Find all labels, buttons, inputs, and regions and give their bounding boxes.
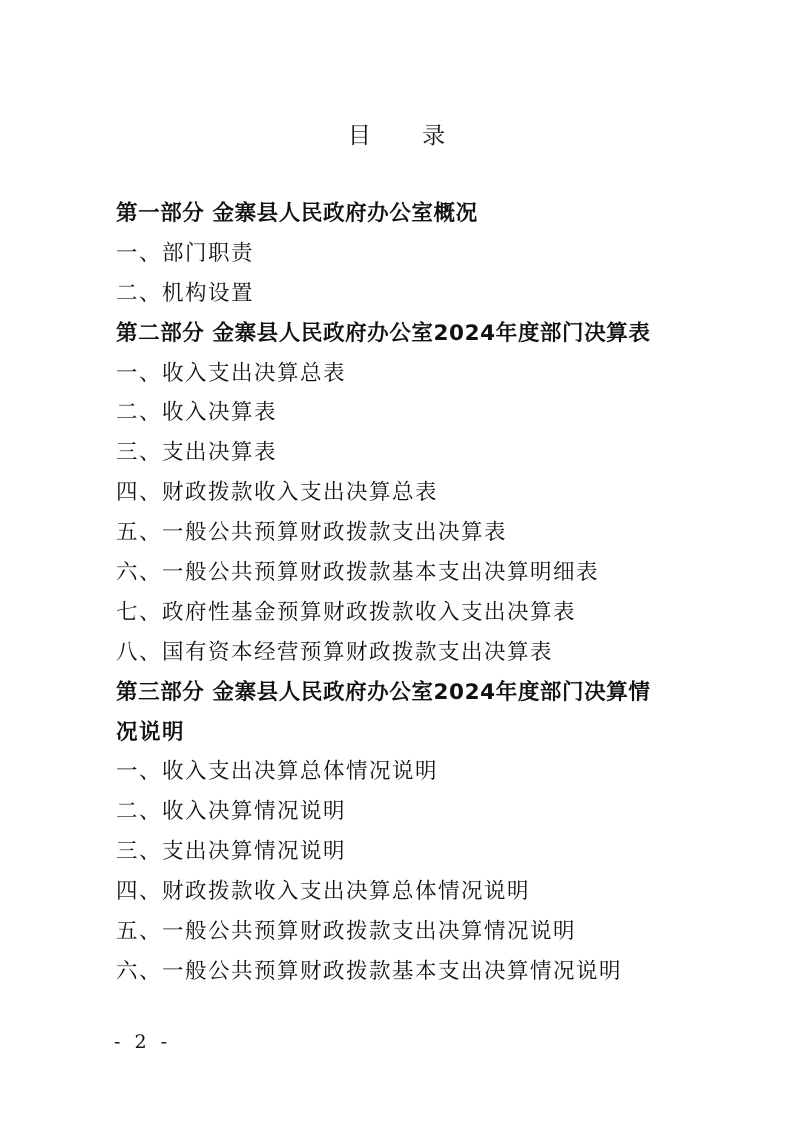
toc-item: 七、政府性基金预算财政拨款收入支出决算表 — [116, 593, 696, 633]
toc-item: 三、支出决算表 — [116, 433, 696, 473]
toc-item: 三、支出决算情况说明 — [116, 832, 696, 872]
page-number: - 2 - — [114, 1030, 171, 1054]
table-of-contents: 第一部分 金寨县人民政府办公室概况 一、部门职责 二、机构设置 第二部分 金寨县… — [116, 194, 696, 992]
toc-item: 五、一般公共预算财政拨款支出决算表 — [116, 513, 696, 553]
toc-item: 八、国有资本经营预算财政拨款支出决算表 — [116, 633, 696, 673]
toc-part-2: 第二部分 金寨县人民政府办公室2024年度部门决算表 — [116, 314, 696, 354]
toc-item: 四、财政拨款收入支出决算总表 — [116, 473, 696, 513]
toc-item: 四、财政拨款收入支出决算总体情况说明 — [116, 872, 696, 912]
toc-item: 一、部门职责 — [116, 234, 696, 274]
toc-item: 一、收入支出决算总表 — [116, 354, 696, 394]
toc-part-1: 第一部分 金寨县人民政府办公室概况 — [116, 194, 696, 234]
toc-item: 六、一般公共预算财政拨款基本支出决算情况说明 — [116, 952, 696, 992]
toc-item: 二、机构设置 — [116, 274, 696, 314]
toc-part-3-continued: 况说明 — [116, 713, 696, 753]
toc-part-3: 第三部分 金寨县人民政府办公室2024年度部门决算情 — [116, 673, 696, 713]
toc-item: 六、一般公共预算财政拨款基本支出决算明细表 — [116, 553, 696, 593]
toc-item: 二、收入决算表 — [116, 393, 696, 433]
toc-item: 二、收入决算情况说明 — [116, 792, 696, 832]
toc-item: 五、一般公共预算财政拨款支出决算情况说明 — [116, 912, 696, 952]
page-title: 目 录 — [0, 118, 793, 154]
toc-item: 一、收入支出决算总体情况说明 — [116, 752, 696, 792]
